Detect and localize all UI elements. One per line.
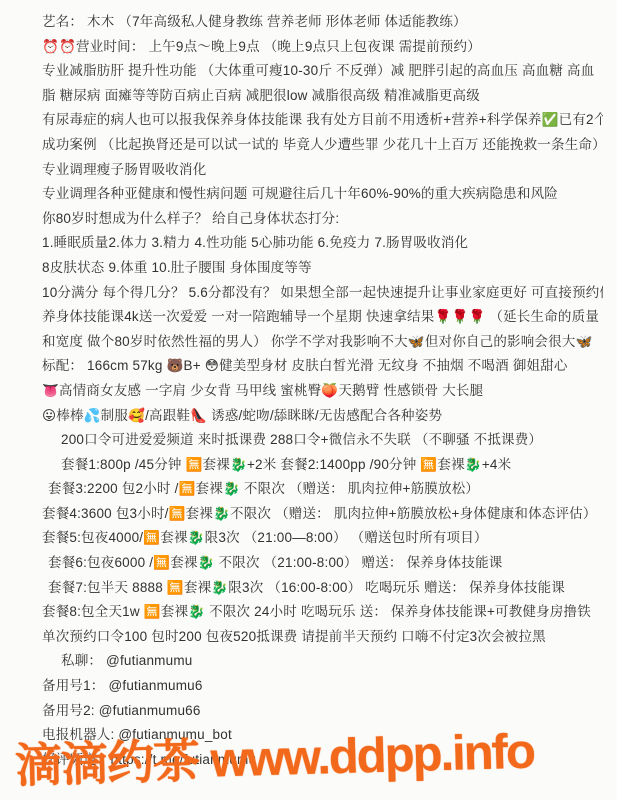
text-line: 脂 糖尿病 面瘫等等防百病止百病 减肥很low 减脂很高级 精准减脂更高级 <box>42 84 603 109</box>
text-line: 10分满分 每个得几分？ 5.6分都没有？ 如果想全部一起快速提升让事业家庭更好… <box>42 281 603 306</box>
note-page: 艺名： 木木 （7年高级私人健身教练 营养老师 形体老师 体适能教练）⏰⏰营业时… <box>0 0 617 800</box>
text-line: 1.睡眠质量2.体力 3.精力 4.性功能 5心肺功能 6.免疫力 7.肠胃吸收… <box>42 231 603 256</box>
text-line: 套餐4:3600 包3小时/🈚套裸🐉不限次 （赠送： 肌肉拉伸+筋膜放松+身体健… <box>42 502 603 527</box>
text-line: 有尿毒症的病人也可以报我保养身体技能课 我有处方目前不用透析+营养+科学保养✅已… <box>42 108 603 133</box>
text-line: 套餐1:800p /45分钟 🈚套裸🐉+2米 套餐2:1400pp /90分钟 … <box>42 453 603 478</box>
watermark: 滴滴约茶 www.ddpp.info <box>14 715 535 796</box>
text-line: 你80岁时想成为什么样子？ 给自己身体状态打分: <box>42 207 603 232</box>
text-line: 私聊： @futianmumu <box>42 649 603 674</box>
watermark-cn-text: 滴滴约茶 <box>14 734 199 792</box>
text-line: 专业减脂肪肝 提升性功能 （大体重可瘦10-30斤 不反弹）减 肥胖引起的高血压… <box>42 59 603 84</box>
text-line: 😛棒棒💦制服🥰/高跟鞋👠 诱惑/蛇吻/舔眯眯/无齿感配合各种姿势 <box>42 404 603 429</box>
text-line: 套餐6:包夜6000 /🈚套裸🐉 不限次 （21:00-8:00） 赠送： 保养… <box>42 551 603 576</box>
text-line: 备用号1： @futianmumu6 <box>42 674 603 699</box>
text-line: 套餐7:包半天 8888 🈚套裸🐉限3次 （16:00-8:00） 吃喝玩乐 赠… <box>42 576 603 601</box>
watermark-url-text: www.ddpp.info <box>198 725 534 788</box>
text-line: 👅高情商女友感 一字肩 少女背 马甲线 蜜桃臀🍑天鹅臂 性感锁骨 大长腿 <box>42 379 603 404</box>
text-line: 8皮肤状态 9.体重 10.肚子腰围 身体围度等等 <box>42 256 603 281</box>
text-line: 和宽度 做个80岁时依然性福的男人） 你学不学对我影响不大🦋但对你自己的影响会很… <box>42 330 603 355</box>
text-line: 专业调理瘦子肠胃吸收消化 <box>42 158 603 183</box>
text-line: 养身体技能课4k送一次爱爱 一对一陪跑辅导一个星期 快速拿结果🌹🌹🌹 （延长生命… <box>42 305 603 330</box>
text-line: 艺名： 木木 （7年高级私人健身教练 营养老师 形体老师 体适能教练） <box>42 10 603 35</box>
text-line: 标配： 166cm 57kg 🐻B+ 😳健美型身材 皮肤白皙光滑 无纹身 不抽烟… <box>42 354 603 379</box>
text-line: 成功案例 （比起换肾还是可以试一试的 毕竟人少遭些罪 少花几十上百万 还能挽救一… <box>42 133 603 158</box>
text-line: 单次预约口令100 包时200 包夜520抵课费 请提前半天预约 口嗨不付定3次… <box>42 625 603 650</box>
text-line: 套餐3:2200 包2小时 /🈚套裸🐉 不限次 （赠送： 肌肉拉伸+筋膜放松） <box>42 477 603 502</box>
text-line: 套餐5:包夜4000/🈚套裸🐉限3次 （21:00—8:00） （赠送包时所有项… <box>42 526 603 551</box>
note-body: 艺名： 木木 （7年高级私人健身教练 营养老师 形体老师 体适能教练）⏰⏰营业时… <box>42 10 603 772</box>
text-line: 专业调理各种亚健康和慢性病问题 可规避往后几十年60%-90%的重大疾病隐患和风… <box>42 182 603 207</box>
text-line: 200口令可进爱爱频道 来时抵课费 288口令+微信永不失联 （不聊骚 不抵课费… <box>42 428 603 453</box>
text-line: ⏰⏰营业时间： 上午9点～晚上9点 （晚上9点只上包夜课 需提前预约） <box>42 35 603 60</box>
text-line: 套餐8:包全天1w 🈚套裸🐉 不限次 24小时 吃喝玩乐 送： 保养身体技能课+… <box>42 600 603 625</box>
